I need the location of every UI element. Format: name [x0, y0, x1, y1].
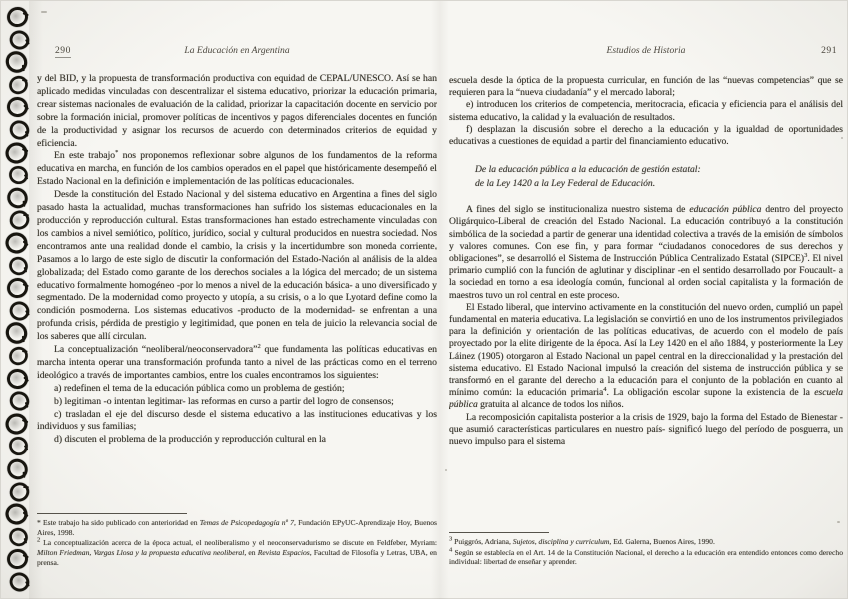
- spiral-ring: [1, 318, 31, 348]
- spiral-ring: [6, 96, 30, 119]
- spiral-ring: [6, 479, 32, 505]
- spiral-ring: [4, 502, 29, 526]
- paragraph: 3 Puiggrós, Adriana, Sujetos, disciplina…: [449, 537, 843, 547]
- footnote-rule: [449, 532, 549, 533]
- paragraph: Desde la constitución del Estado Naciona…: [37, 189, 437, 344]
- paragraph: d) discuten el problema de la producción…: [37, 434, 437, 447]
- right-footnote-list: 3 Puiggrós, Adriana, Sujetos, disciplina…: [449, 537, 843, 567]
- scan-speck: [837, 521, 840, 523]
- paragraph: e) introducen los criterios de competenc…: [449, 99, 843, 123]
- scan-speck: [41, 11, 47, 13]
- spiral-ring: [5, 5, 30, 29]
- right-page: Estudios de Historia 291 escuela desde l…: [449, 1, 843, 599]
- spiral-ring: [6, 524, 32, 550]
- left-running-title: La Educación en Argentina: [37, 45, 437, 56]
- paragraph: y del BID, y la propuesta de transformac…: [37, 73, 437, 150]
- left-page-footnotes: * Este trabajo ha sido publicado con ant…: [37, 513, 437, 569]
- paragraph: b) legitiman -o intentan legitimar- las …: [37, 396, 437, 409]
- spiral-ring: [6, 72, 31, 97]
- spiral-ring: [5, 547, 30, 571]
- spiral-ring: [6, 343, 31, 368]
- paragraph: La conceptualización “neoliberal/neocons…: [37, 344, 437, 383]
- spiral-ring: [6, 117, 33, 144]
- spiral-ring: [7, 435, 31, 458]
- scan-speck: [839, 301, 841, 303]
- spiral-ring: [7, 27, 32, 51]
- left-footnote-list: * Este trabajo ha sido publicado con ant…: [37, 518, 437, 568]
- scanned-book-page: 290 La Educación en Argentina y del BID,…: [0, 0, 848, 599]
- right-running-title: Estudios de Historia: [449, 45, 843, 56]
- paragraph: El Estado liberal, que intervino activam…: [449, 302, 843, 412]
- spiral-ring: [7, 570, 32, 594]
- right-page-number: 291: [821, 45, 837, 56]
- spiral-ring: [3, 455, 32, 484]
- footnote-rule: [37, 513, 187, 514]
- spiral-binding: [1, 1, 35, 599]
- spiral-ring: [1, 47, 31, 77]
- paragraph: a) redefinen el tema de la educación púb…: [37, 383, 437, 396]
- spiral-ring: [7, 299, 32, 323]
- scan-speck: [432, 119, 434, 121]
- scan-speck: [841, 137, 843, 139]
- right-page-body: escuela desde la óptica de la propuesta …: [449, 75, 843, 448]
- scan-speck: [445, 469, 447, 471]
- paragraph: escuela desde la óptica de la propuesta …: [449, 75, 843, 99]
- spiral-ring: [6, 367, 30, 390]
- right-page-footnotes: 3 Puiggrós, Adriana, Sujetos, disciplina…: [449, 532, 843, 568]
- right-page-header: Estudios de Historia 291: [449, 45, 843, 59]
- paragraph: A fines del siglo se institucionaliza nu…: [449, 204, 843, 302]
- paragraph: c) trasladan el eje del discurso desde e…: [37, 409, 437, 435]
- scan-speck: [435, 247, 437, 250]
- spiral-ring: [5, 276, 30, 300]
- spiral-ring: [4, 140, 30, 165]
- spiral-ring: [6, 207, 32, 233]
- paragraph: En este trabajo* nos proponemos reflexio…: [37, 150, 437, 189]
- spiral-ring: [7, 163, 31, 186]
- section-heading: De la educación pública a la educación d…: [475, 163, 843, 190]
- left-page: 290 La Educación en Argentina y del BID,…: [37, 1, 437, 599]
- spiral-ring: [4, 231, 29, 255]
- left-page-body: y del BID, y la propuesta de transformac…: [37, 73, 437, 447]
- paragraph: 4 Según se establecía en el Art. 14 de l…: [449, 548, 843, 567]
- spiral-ring: [4, 411, 30, 436]
- paragraph: 2 La conceptualización acerca de la époc…: [37, 538, 437, 567]
- left-page-header: 290 La Educación en Argentina: [37, 45, 437, 59]
- spiral-ring: [6, 388, 33, 415]
- paragraph: * Este trabajo ha sido publicado con ant…: [37, 518, 437, 537]
- spiral-ring: [3, 183, 32, 212]
- paragraph: f) desplazan la discusión sobre el derec…: [449, 124, 843, 148]
- spiral-ring: [6, 253, 32, 279]
- paragraph: La recomposición capitalista posterior a…: [449, 412, 843, 449]
